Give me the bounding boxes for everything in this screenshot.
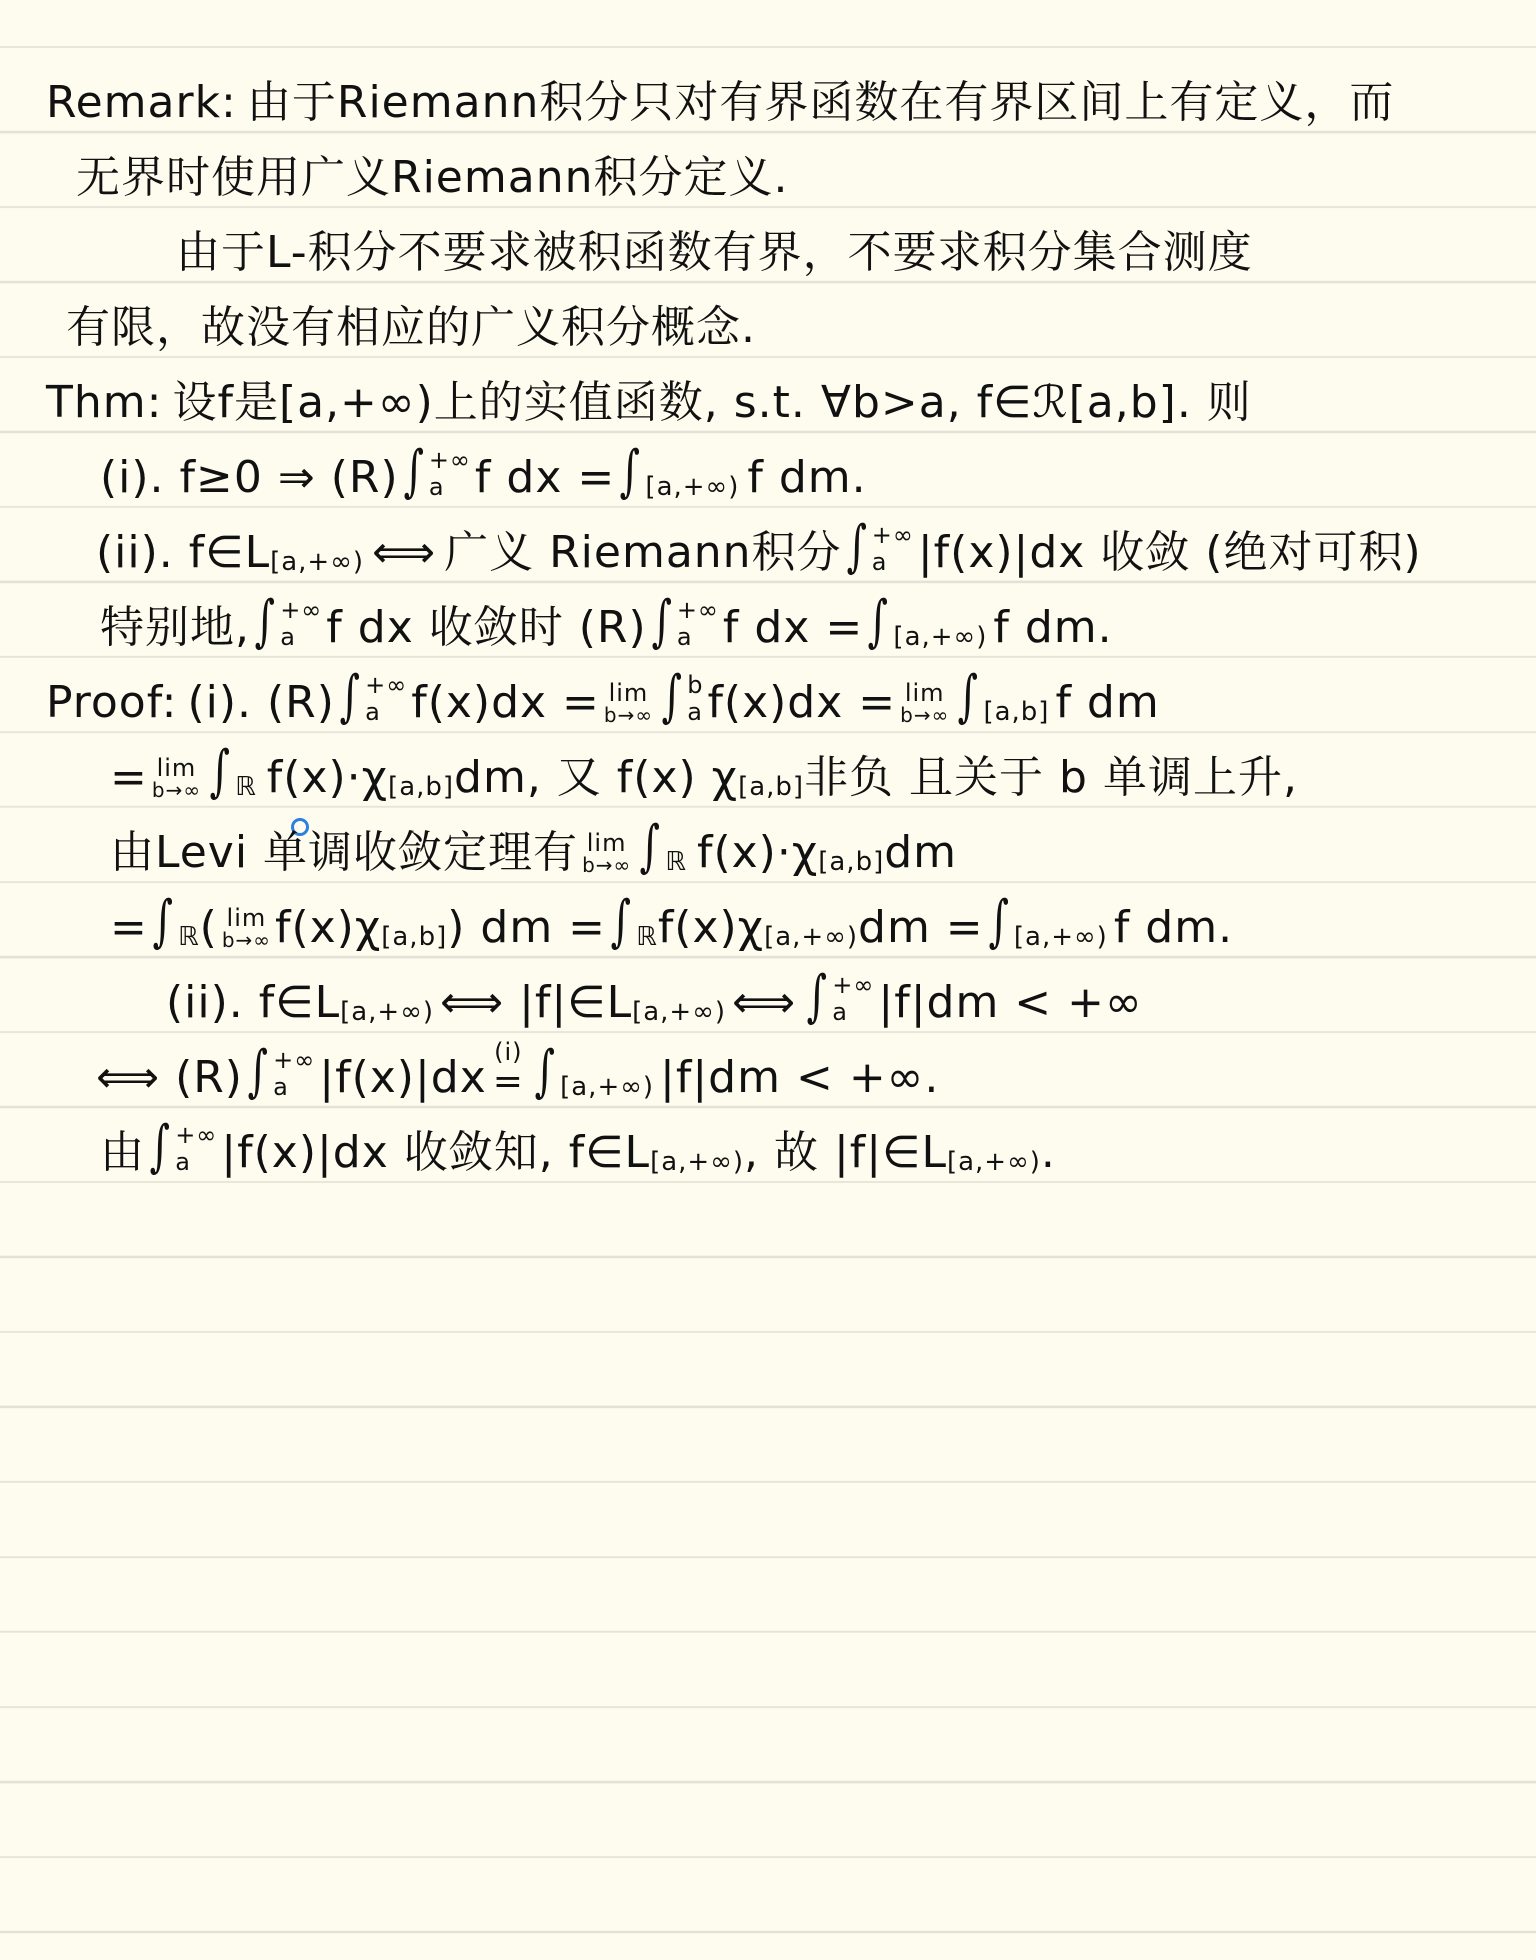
integration-set: ℝ (235, 774, 257, 800)
remark-text-2: 无界时使用广义Riemann积分定义. (76, 156, 788, 200)
proof-line-1: Proof: (i). (R) ∫ +∞ a f(x)dx = lim b→∞ … (0, 658, 1536, 733)
lim-text: lim (157, 756, 197, 780)
special-mid: f dx 收敛时 (R) (326, 606, 646, 650)
proof-4-c: f(x)χ (275, 906, 381, 950)
remark-text-3: 由于L-积分不要求被积函数有界，不要求积分集合测度 (176, 231, 1253, 275)
integral-sign: ∫ (640, 819, 661, 875)
remark-text-1: 由于Riemann积分只对有界函数在有界区间上有定义，而 (247, 81, 1394, 125)
integral-limits: +∞ a (175, 1122, 217, 1175)
chi-subscript: [a,b] (388, 774, 454, 800)
lim-text: lim (905, 681, 945, 705)
theorem-special-case: 特别地, ∫ +∞ a f dx 收敛时 (R) ∫ +∞ a f dx = ∫… (0, 583, 1536, 658)
proof-line-5: (ii). f∈L [a,+∞) ⟺ |f|∈L [a,+∞) ⟺ ∫ +∞ a… (0, 958, 1536, 1033)
part-i-tail: f dm. (747, 456, 866, 500)
l-subscript: [a,+∞) (947, 1149, 1041, 1175)
proof-7-a: 由 (100, 1131, 145, 1175)
proof-4-g: f dm. (1114, 906, 1233, 950)
remark-label: Remark: (46, 81, 237, 125)
remark-line-4: 有限，故没有相应的广义积分概念. (0, 283, 1536, 358)
proof-1-b: f(x)dx = (707, 681, 896, 725)
lim-subscript: b→∞ (152, 780, 201, 800)
integral-sign: ∫ (807, 969, 828, 1025)
chi-subscript: [a,+∞) (764, 924, 858, 950)
proof-7-b: |f(x)|dx 收敛知, f∈L (221, 1131, 650, 1175)
proof-2-a: f(x)·χ (267, 756, 388, 800)
integral-sign: ∫ (210, 744, 231, 800)
integral-limits: +∞ a (832, 972, 874, 1025)
part-i-mid: f dx = (475, 456, 615, 500)
integral-sign: ∫ (988, 894, 1009, 950)
integration-set: [a,+∞) (1014, 924, 1108, 950)
proof-1-prefix: (i). (R) (187, 681, 334, 725)
integration-set: [a,+∞) (645, 474, 739, 500)
proof-4-e: f(x)χ (658, 906, 764, 950)
upper-limit: b (687, 672, 703, 698)
proof-line-6: ⟺ (R) ∫ +∞ a |f(x)|dx (i) = ∫ [a,+∞) |f|… (0, 1033, 1536, 1108)
notebook-page: Remark: 由于Riemann积分只对有界函数在有界区间上有定义，而 无界时… (0, 0, 1536, 1960)
proof-line-3: 由Levi 单调收敛定理有 lim b→∞ ∫ ℝ f(x)·χ [a,b] d… (0, 808, 1536, 883)
integral-limits: +∞ a (429, 447, 471, 500)
lim-subscript: b→∞ (582, 855, 631, 875)
remark-line-1: Remark: 由于Riemann积分只对有界函数在有界区间上有定义，而 (0, 58, 1536, 133)
proof-line-4: = ∫ ℝ ( lim b→∞ f(x)χ [a,b] ) dm = ∫ ℝ f… (0, 883, 1536, 958)
integral-sign: ∫ (255, 594, 276, 650)
integration-set: ℝ (178, 924, 200, 950)
lower-limit: a (832, 999, 874, 1025)
integral-limits: +∞ a (677, 597, 719, 650)
part-ii-integrand: |f(x)|dx 收敛 (绝对可积) (918, 531, 1422, 575)
lim-subscript: b→∞ (222, 930, 271, 950)
lim-subscript: b→∞ (604, 705, 653, 725)
theorem-part-i: (i). f≥0 ⇒ (R) ∫ +∞ a f dx = ∫ [a,+∞) f … (0, 433, 1536, 508)
lower-limit: a (687, 699, 703, 725)
lower-limit: a (273, 1074, 315, 1100)
limit-operator: lim b→∞ (222, 906, 271, 950)
proof-4-d: ) dm = (447, 906, 606, 950)
proof-5-b: ⟺ |f|∈L (440, 981, 632, 1025)
remark-text-4: 有限，故没有相应的广义积分概念. (66, 306, 756, 350)
l-subscript: [a,+∞) (340, 999, 434, 1025)
upper-limit: +∞ (872, 522, 914, 548)
equals: = (110, 906, 148, 950)
lim-subscript: b→∞ (900, 705, 949, 725)
proof-2-c: 非负 且关于 b 单调上升, (804, 756, 1298, 800)
proof-1-tail: f dm (1055, 681, 1159, 725)
integral-sign: ∫ (534, 1044, 555, 1100)
chi-subscript: [a,b] (818, 849, 884, 875)
integration-set: ℝ (636, 924, 658, 950)
upper-limit: +∞ (175, 1122, 217, 1148)
integral-sign: ∫ (662, 669, 683, 725)
special-tail: f dm. (993, 606, 1112, 650)
lower-limit: a (872, 549, 914, 575)
upper-limit: +∞ (677, 597, 719, 623)
upper-limit: +∞ (365, 672, 407, 698)
proof-6-c: |f|dm < +∞. (660, 1056, 939, 1100)
equals: = (493, 1064, 524, 1100)
integration-set: [a,b] (983, 699, 1049, 725)
lower-limit: a (429, 474, 471, 500)
limit-operator: lim b→∞ (604, 681, 653, 725)
lower-limit: a (365, 699, 407, 725)
proof-3-b: f(x)·χ (697, 831, 818, 875)
theorem-label: Thm: (46, 381, 162, 425)
proof-5-a: (ii). f∈L (166, 981, 340, 1025)
limit-operator: lim b→∞ (900, 681, 949, 725)
paren-open: ( (200, 906, 218, 950)
integration-set: ℝ (665, 849, 687, 875)
integration-set: [a,+∞) (893, 624, 987, 650)
iff-arrow: ⟺ (372, 531, 436, 575)
integral-limits: b a (687, 672, 703, 725)
integral-sign: ∫ (247, 1044, 268, 1100)
limit-operator: lim b→∞ (582, 831, 631, 875)
iff-arrow: ⟺ (732, 981, 796, 1025)
proof-6-a: ⟺ (R) (96, 1056, 243, 1100)
upper-limit: +∞ (280, 597, 322, 623)
lim-text: lim (609, 681, 649, 705)
theorem-line: Thm: 设f是[a,+∞)上的实值函数, s.t. ∀b>a, f∈ℛ[a,b… (0, 358, 1536, 433)
l-subscript: [a,+∞) (632, 999, 726, 1025)
integral-sign: ∫ (620, 444, 641, 500)
proof-5-d: |f|dm < +∞ (878, 981, 1142, 1025)
integral-sign: ∫ (846, 519, 867, 575)
proof-3-c: dm (884, 831, 957, 875)
proof-6-b: |f(x)|dx (319, 1056, 486, 1100)
special-mid2: f dx = (723, 606, 863, 650)
special-prefix: 特别地, (100, 606, 250, 650)
chi-subscript: [a,b] (738, 774, 804, 800)
integral-limits: +∞ a (280, 597, 322, 650)
upper-limit: +∞ (273, 1047, 315, 1073)
proof-2-b: dm, 又 f(x) χ (454, 756, 738, 800)
integral-sign: ∫ (868, 594, 889, 650)
integral-sign: ∫ (403, 444, 424, 500)
upper-limit: +∞ (832, 972, 874, 998)
integral-sign: ∫ (339, 669, 360, 725)
proof-label: Proof: (46, 681, 177, 725)
proof-line-2: = lim b→∞ ∫ ℝ f(x)·χ [a,b] dm, 又 f(x) χ … (0, 733, 1536, 808)
l-subscript: [a,+∞) (650, 1149, 744, 1175)
lower-limit: a (175, 1149, 217, 1175)
part-ii-prefix: (ii). f∈L (96, 531, 270, 575)
chi-subscript: [a,b] (381, 924, 447, 950)
equals: = (110, 756, 148, 800)
integral-sign: ∫ (958, 669, 979, 725)
proof-3-a: 由Levi 单调收敛定理有 (110, 831, 578, 875)
limit-operator: lim b→∞ (152, 756, 201, 800)
equals-by-i: (i) = (493, 1040, 524, 1100)
lim-text: lim (227, 906, 267, 930)
proof-7-d: . (1041, 1131, 1056, 1175)
proof-line-7: 由 ∫ +∞ a |f(x)|dx 收敛知, f∈L [a,+∞) , 故 |f… (0, 1108, 1536, 1183)
proof-1-a: f(x)dx = (411, 681, 600, 725)
upper-limit: +∞ (429, 447, 471, 473)
integral-limits: +∞ a (872, 522, 914, 575)
remark-line-3: 由于L-积分不要求被积函数有界，不要求积分集合测度 (0, 208, 1536, 283)
integral-limits: +∞ a (273, 1047, 315, 1100)
integration-set: [a,+∞) (560, 1074, 654, 1100)
integral-limits: +∞ a (365, 672, 407, 725)
integral-sign: ∫ (611, 894, 632, 950)
remark-line-2: 无界时使用广义Riemann积分定义. (0, 133, 1536, 208)
integral-sign: ∫ (150, 1119, 171, 1175)
part-ii-subscript: [a,+∞) (270, 549, 364, 575)
part-ii-text: 广义 Riemann积分 (444, 531, 841, 575)
lim-text: lim (587, 831, 627, 855)
part-i-prefix: (i). f≥0 ⇒ (R) (100, 456, 399, 500)
theorem-statement: 设f是[a,+∞)上的实值函数, s.t. ∀b>a, f∈ℛ[a,b]. 则 (172, 381, 1251, 425)
integral-sign: ∫ (651, 594, 672, 650)
lower-limit: a (677, 624, 719, 650)
proof-7-c: , 故 |f|∈L (744, 1131, 947, 1175)
proof-4-f: dm = (858, 906, 984, 950)
integral-sign: ∫ (152, 894, 173, 950)
lower-limit: a (280, 624, 322, 650)
theorem-part-ii: (ii). f∈L [a,+∞) ⟺ 广义 Riemann积分 ∫ +∞ a |… (0, 508, 1536, 583)
